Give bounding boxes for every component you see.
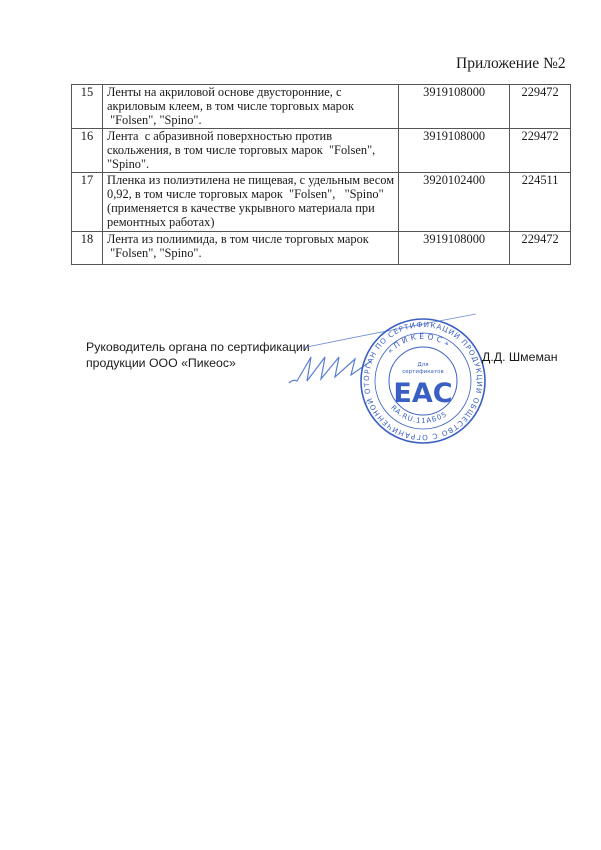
product-table: 15Ленты на акриловой основе двусторонние… [71,84,571,265]
table-row: 16Лента с абразивной поверхностью против… [72,129,571,173]
table-row: 15Ленты на акриловой основе двусторонние… [72,85,571,129]
description-line: Лента с абразивной поверхностью против [107,129,394,143]
signer-title-line1: Руководитель органа по сертификации [86,340,310,356]
row-description: Лента из полиимида, в том числе торговых… [103,231,399,264]
description-line: ремонтных работах) [107,215,394,229]
row-number: 17 [72,172,103,231]
reference-number: 229472 [510,231,571,264]
signer-title: Руководитель органа по сертификации прод… [86,340,310,371]
reference-number: 229472 [510,85,571,129]
tn-ved-code: 3920102400 [399,172,510,231]
signer-title-line2: продукции ООО «Пикеос» [86,356,310,372]
row-description: Пленка из полиэтилена не пищевая, с удел… [103,172,399,231]
tn-ved-code: 3919108000 [399,231,510,264]
description-line: "Spino". [107,157,394,171]
table-row: 17Пленка из полиэтилена не пищевая, с уд… [72,172,571,231]
tn-ved-code: 3919108000 [399,85,510,129]
reference-number: 229472 [510,129,571,173]
description-line: "Folsen", "Spino". [107,246,394,260]
description-line: "Folsen", "Spino". [107,113,394,127]
table-row: 18Лента из полиимида, в том числе торгов… [72,231,571,264]
description-line: Пленка из полиэтилена не пищевая, с удел… [107,173,394,187]
description-line: акриловым клеем, в том числе торговых ма… [107,99,394,113]
description-line: Ленты на акриловой основе двусторонние, … [107,85,394,99]
appendix-title: Приложение №2 [456,55,566,73]
description-line: Лента из полиимида, в том числе торговых… [107,232,394,246]
description-line: скольжения, в том числе торговых марок "… [107,143,394,157]
tn-ved-code: 3919108000 [399,129,510,173]
signer-name: Д.Д. Шмеман [482,350,558,364]
reference-number: 224511 [510,172,571,231]
svg-text:сертификатов: сертификатов [402,369,443,375]
row-number: 15 [72,85,103,129]
row-number: 18 [72,231,103,264]
row-description: Лента с абразивной поверхностью противск… [103,129,399,173]
description-line: (применяется в качестве укрывного матери… [107,201,394,215]
description-line: 0,92, в том числе торговых марок "Folsen… [107,187,394,201]
svg-text:ЕАС: ЕАС [393,378,452,409]
row-description: Ленты на акриловой основе двусторонние, … [103,85,399,129]
svg-text:Для: Для [417,362,428,368]
row-number: 16 [72,129,103,173]
certification-stamp: ОРГАН ПО СЕРТИФИКАЦИИ ПРОДУКЦИИ ОБЩЕСТВО… [358,316,488,446]
